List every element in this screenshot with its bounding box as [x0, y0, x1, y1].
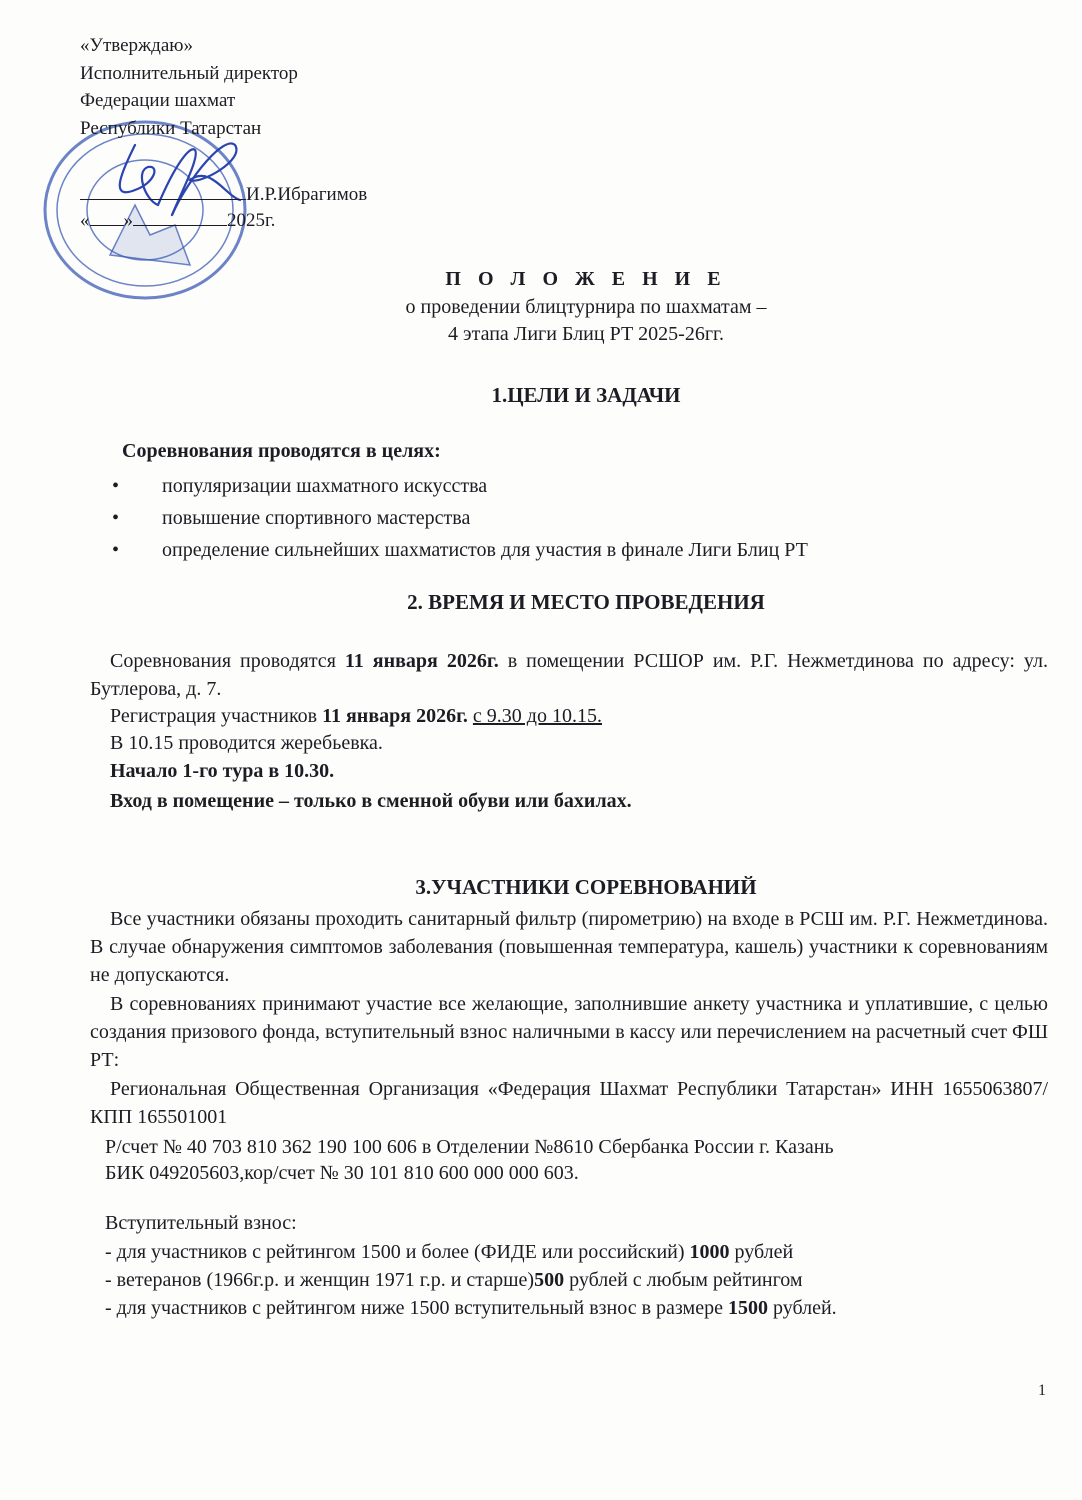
signature-line: И.Р.Ибрагимов: [80, 181, 367, 206]
registration-line: Регистрация участников 11 января 2026г. …: [110, 705, 602, 728]
approval-line: Республики Татарстан: [80, 115, 298, 143]
text: рублей.: [768, 1297, 837, 1319]
document-subtitle-1: о проведении блицтурнира по шахматам –: [0, 296, 1082, 319]
section-3-heading: 3.УЧАСТНИКИ СОРЕВНОВАНИЙ: [0, 875, 1082, 900]
signatory-name: И.Р.Ибрагимов: [246, 184, 367, 205]
text: Регистрация участников: [110, 705, 322, 727]
text: - ветеранов (1966г.р. и женщин 1971 г.р.…: [105, 1269, 534, 1291]
approval-block: «Утверждаю» Исполнительный директор Феде…: [80, 32, 298, 142]
registration-date: 11 января 2026г.: [322, 705, 468, 727]
text: - для участников с рейтингом 1500 и боле…: [105, 1241, 690, 1263]
day-blank: [90, 207, 124, 226]
date-quote-open: «: [80, 210, 90, 231]
text: Соревнования проводятся: [110, 650, 345, 672]
event-date: 11 января 2026г.: [345, 650, 499, 672]
list-item: определение сильнейших шахматистов для у…: [112, 534, 808, 566]
entry-rule-line: Вход в помещение – только в сменной обув…: [110, 790, 632, 813]
signature-blank: [80, 181, 246, 200]
section-3-health-paragraph: Все участники обязаны проходить санитарн…: [90, 905, 1048, 989]
organization-details: Региональная Общественная Организация «Ф…: [90, 1075, 1048, 1131]
entry-fee-title: Вступительный взнос:: [105, 1212, 297, 1235]
document-subtitle-2: 4 этапа Лиги Блиц РТ 2025-26гг.: [0, 323, 1082, 346]
month-blank: [133, 207, 227, 226]
goals-list: популяризации шахматного искусства повыш…: [112, 470, 808, 566]
entry-fee-item: - ветеранов (1966г.р. и женщин 1971 г.р.…: [105, 1269, 803, 1292]
date-quote-close: »: [124, 210, 134, 231]
text: - для участников с рейтингом ниже 1500 в…: [105, 1297, 728, 1319]
start-time-line: Начало 1-го тура в 10.30.: [110, 760, 334, 783]
approval-year: 2025г.: [227, 210, 275, 231]
page-number: 1: [1038, 1382, 1046, 1400]
text: рублей: [730, 1241, 794, 1263]
list-item: повышение спортивного мастерства: [112, 502, 808, 534]
draw-line: В 10.15 проводится жеребьевка.: [110, 732, 383, 755]
registration-time: с 9.30 до 10.15.: [473, 705, 602, 727]
text: рублей с любым рейтингом: [564, 1269, 803, 1291]
fee-amount: 1000: [690, 1241, 730, 1263]
bik-line: БИК 049205603,кор/счет № 30 101 810 600 …: [105, 1162, 579, 1185]
approval-line: Исполнительный директор: [80, 60, 298, 88]
fee-amount: 1500: [728, 1297, 768, 1319]
approval-date-line: «»2025г.: [80, 207, 275, 232]
section-2-venue-paragraph: Соревнования проводятся 11 января 2026г.…: [90, 647, 1048, 703]
document-title: П О Л О Ж Е Н И Е: [0, 268, 1082, 291]
entry-fee-item: - для участников с рейтингом ниже 1500 в…: [105, 1297, 837, 1320]
section-1-lead: Соревнования проводятся в целях:: [122, 440, 441, 463]
approval-line: «Утверждаю»: [80, 32, 298, 60]
section-3-participation-paragraph: В соревнованиях принимают участие все же…: [90, 990, 1048, 1074]
entry-fee-item: - для участников с рейтингом 1500 и боле…: [105, 1241, 793, 1264]
section-2-heading: 2. ВРЕМЯ И МЕСТО ПРОВЕДЕНИЯ: [0, 590, 1082, 615]
list-item: популяризации шахматного искусства: [112, 470, 808, 502]
approval-line: Федерации шахмат: [80, 87, 298, 115]
section-1-heading: 1.ЦЕЛИ И ЗАДАЧИ: [0, 383, 1082, 408]
bank-account-line: Р/счет № 40 703 810 362 190 100 606 в От…: [105, 1136, 834, 1159]
fee-amount: 500: [534, 1269, 564, 1291]
